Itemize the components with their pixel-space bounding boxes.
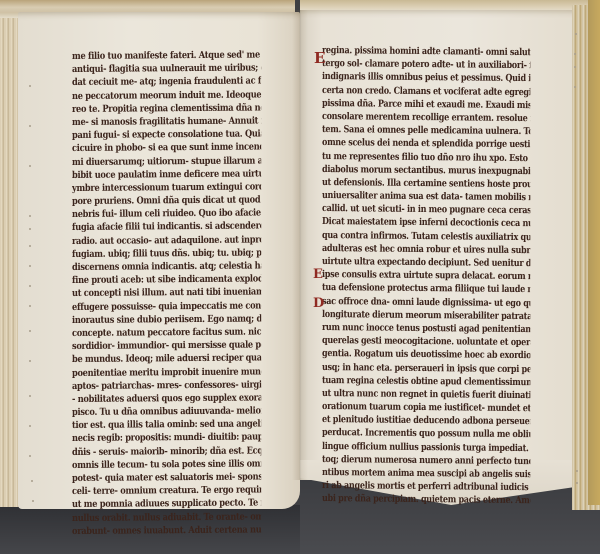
text-line: ne peccatorum meorum induit me. Ideoque … [72, 88, 261, 103]
text-line: poenitentiae meritu improbit inuenire mu… [72, 365, 261, 380]
left-page-text: me filio tuo manifeste fateri. Atque sed… [72, 50, 292, 538]
binding-edge [588, 0, 600, 505]
text-line: effugere possuisse- quia impeccatis me c… [72, 299, 261, 314]
text-line: aptos- patriarchas- mres- confessores- u… [72, 378, 261, 393]
text-line: dñis - seruis- maiorib- minorib; dña est… [72, 444, 261, 459]
text-line: nullus orabit. nullus adiuabit. Te orant… [72, 510, 261, 525]
right-page-text: regina. pissima homini adte clamanti- om… [322, 44, 570, 506]
manuscript-photo: me filio tuo manifeste fateri. Atque sed… [0, 0, 600, 554]
text-line: radio. aut occasio- aut adaquilone. aut … [72, 233, 261, 248]
text-line: ut me pomnia adiuues supplicato pecto. T… [72, 497, 261, 512]
text-line: dat ceciuit me- atq; ingenia fraudulenti… [72, 75, 261, 90]
text-line: mi diuersarumq; uitiorum- stupue illarum… [72, 154, 261, 169]
text-line: fugia afacie filii tui indicantis. si ad… [72, 220, 261, 235]
text-line: ut concepti nisi illum. aut nati tibi in… [72, 286, 261, 301]
gutter-shadow [292, 10, 308, 480]
text-line: cicuire in phobo- si ea que sunt inme in… [72, 141, 261, 156]
text-line: necis regib: propositis: mundi- diuitib:… [72, 431, 261, 446]
text-line: ubi pre dña percipiam. quietem pacis ete… [322, 492, 530, 507]
text-line: be mundus. Ideoq; mile aduersi reciper q… [72, 352, 261, 367]
rubric-initial-e-lower: E [313, 267, 323, 282]
rubric-initial-d: D [313, 296, 324, 311]
text-line: bibit uoce paulatim inme deficere mea ui… [72, 167, 261, 182]
rubric-initial-e: E [314, 49, 325, 67]
text-line: orabunt- omnes iuuabunt. Aduit certena n… [72, 523, 261, 538]
